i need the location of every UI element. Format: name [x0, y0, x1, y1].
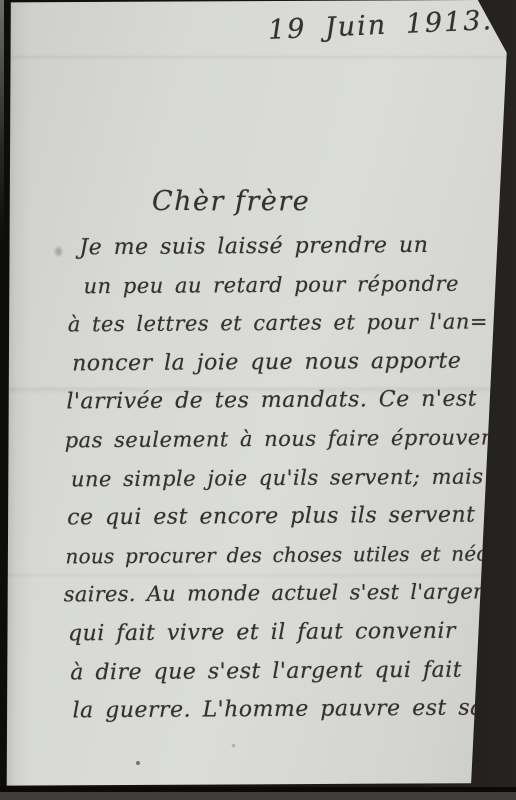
ink-speck [232, 744, 235, 747]
letter-line: à dire que s'est l'argent qui fait [56, 657, 476, 699]
letter-line: ce qui est encore plus ils servent à [55, 503, 475, 545]
letter-line: pas seulement à nous faire éprouver [55, 426, 475, 468]
letter-line: la guerre. L'homme pauvre est sans [56, 696, 476, 738]
letter-body: Je me suis laissé prendre un un peu au r… [53, 233, 476, 738]
letter-salutation: Chèr frère [152, 186, 310, 217]
letter-line: noncer la joie que nous apporte [54, 348, 474, 390]
ink-speck [136, 761, 140, 765]
ink-speck [55, 247, 62, 256]
letter-line: une simple joie qu'ils servent; mais [55, 464, 475, 506]
letter-line: à tes lettres et cartes et pour l'an= [54, 310, 474, 352]
scanned-letter: 19 Juin 1913. Chèr frère Je me suis lais… [0, 0, 516, 800]
letter-page: 19 Juin 1913. Chèr frère Je me suis lais… [0, 0, 516, 800]
letter-line: nous procurer des choses utiles et néces… [55, 541, 475, 583]
letter-line: Je me suis laissé prendre un [53, 233, 473, 275]
scan-edge-highlight [0, 0, 4, 240]
scan-bed-strip [0, 787, 516, 800]
letter-line: qui fait vivre et il faut convenir [56, 618, 476, 660]
letter-line: l'arrivée de tes mandats. Ce n'est [54, 387, 474, 429]
letter-line: un peu au retard pour répondre [54, 271, 474, 313]
letter-date: 19 Juin 1913. [267, 5, 493, 46]
letter-line: saires. Au monde actuel s'est l'argent [56, 580, 476, 622]
